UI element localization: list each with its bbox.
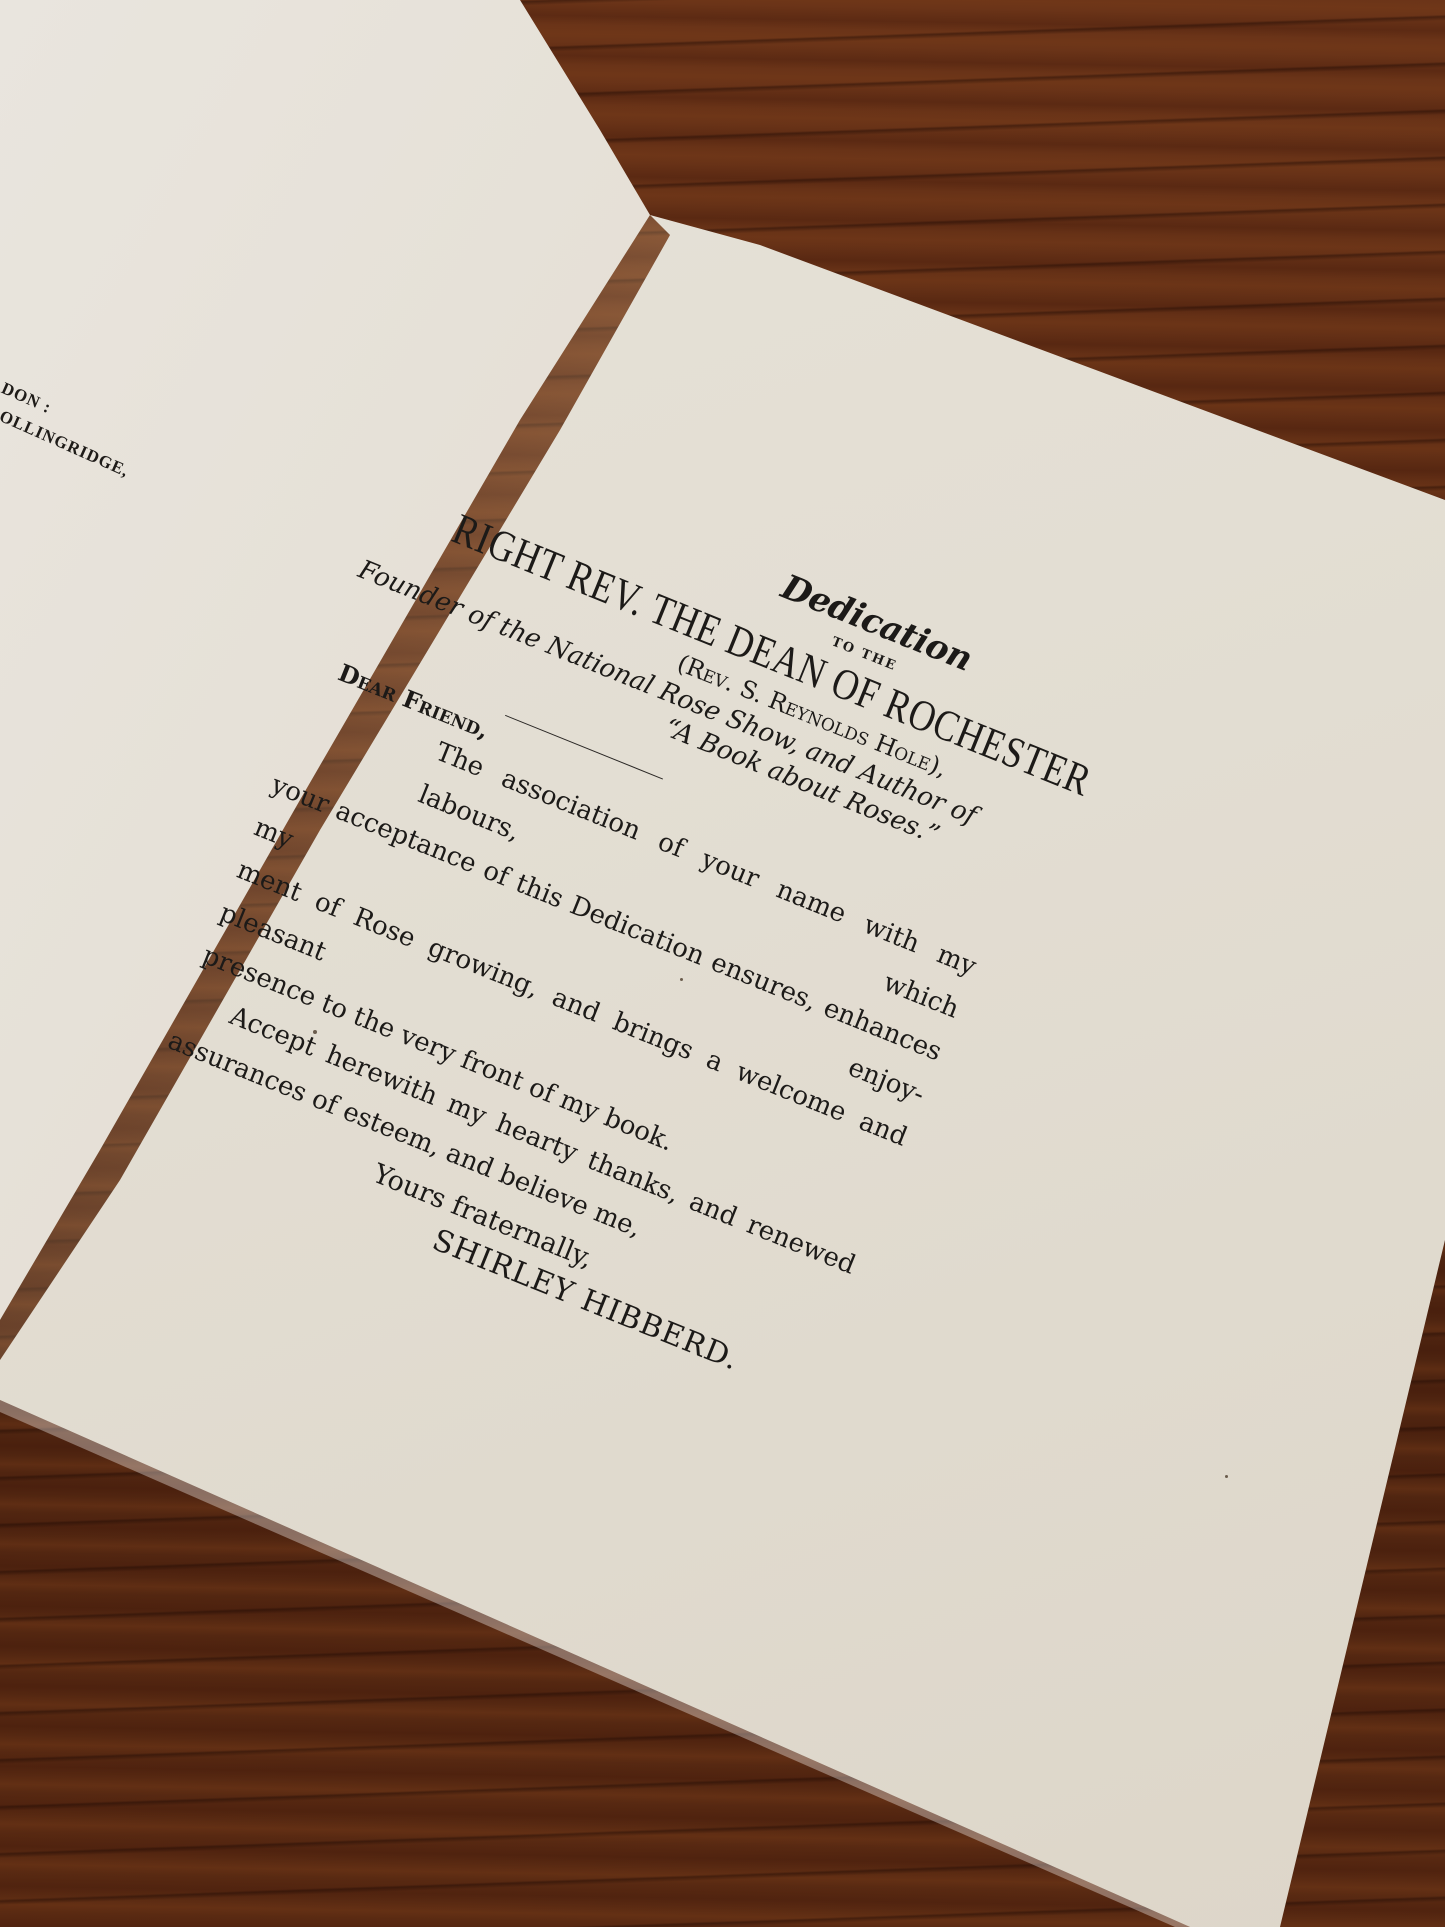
paper-speck (680, 978, 683, 981)
paper-speck (1225, 1475, 1228, 1478)
paper-speck (313, 1030, 317, 1034)
